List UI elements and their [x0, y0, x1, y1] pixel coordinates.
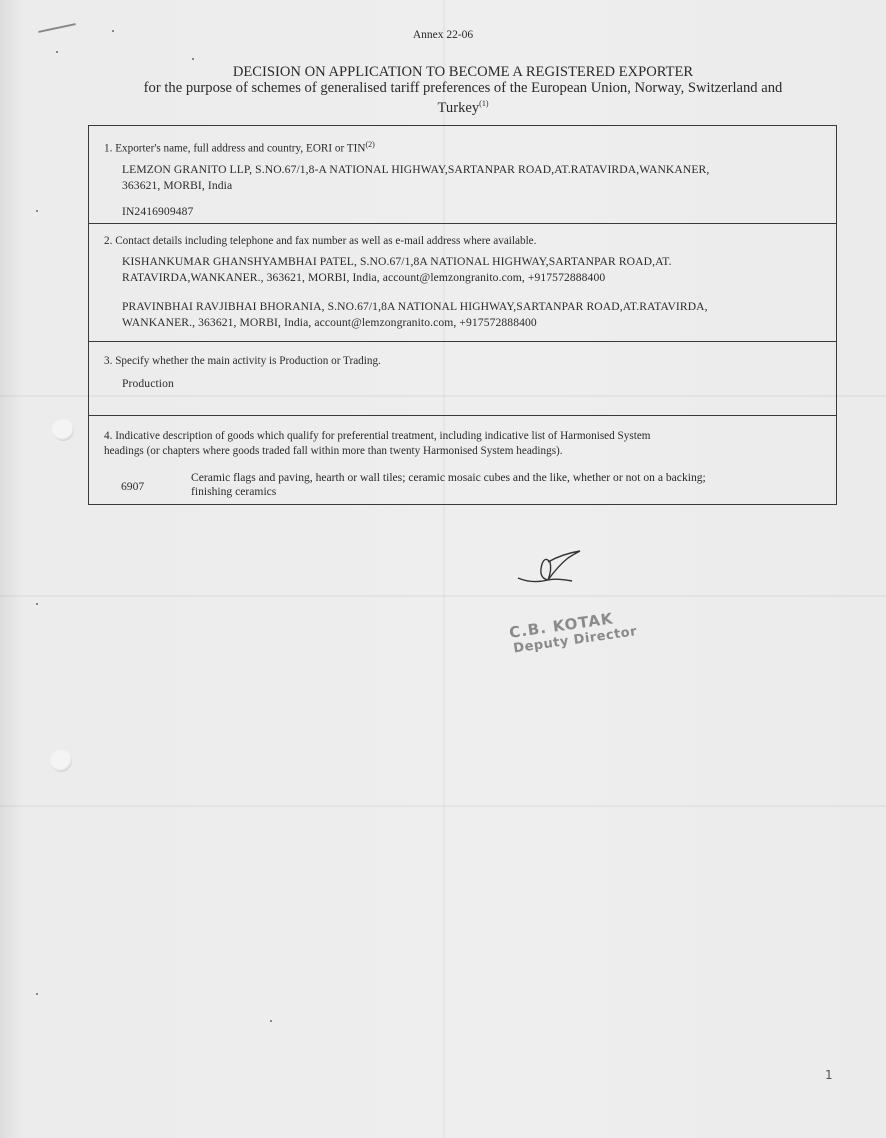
title-line-1: DECISION ON APPLICATION TO BECOME A REGI…: [60, 64, 866, 80]
annex-label: Annex 22-06: [0, 29, 886, 41]
title-line-3: Turkey(1): [60, 96, 866, 116]
signature: [512, 548, 592, 588]
page-number: 1: [825, 1068, 833, 1082]
contact-entry: KISHANKUMAR GHANSHYAMBHAI PATEL, S.NO.67…: [122, 254, 672, 286]
contact-entry: PRAVINBHAI RAVJIBHAI BHORANIA, S.NO.67/1…: [122, 299, 708, 331]
section-label: 2. Contact details including telephone a…: [104, 235, 536, 247]
section-contacts: 2. Contact details including telephone a…: [89, 223, 836, 342]
section-exporter: 1. Exporter's name, full address and cou…: [89, 126, 836, 224]
document-title: DECISION ON APPLICATION TO BECOME A REGI…: [60, 64, 866, 116]
section-goods: 4. Indicative description of goods which…: [89, 415, 836, 505]
punch-hole: [50, 750, 72, 772]
decision-form-box: 1. Exporter's name, full address and cou…: [88, 125, 837, 505]
speck: [36, 993, 38, 995]
hs-code: 6907: [121, 480, 144, 493]
exporter-address: LEMZON GRANITO LLP, S.NO.67/1,8-A NATION…: [122, 162, 709, 194]
goods-description: Ceramic flags and paving, hearth or wall…: [191, 471, 706, 499]
speck: [56, 51, 58, 53]
punch-hole: [52, 419, 74, 441]
section-activity: 3. Specify whether the main activity is …: [89, 341, 836, 416]
title-line-2: for the purpose of schemes of generalise…: [60, 80, 866, 96]
paper-fold: [0, 595, 886, 597]
speck: [36, 210, 38, 212]
section-label: 3. Specify whether the main activity is …: [104, 355, 381, 367]
speck: [192, 58, 194, 60]
official-stamp: C.B. KOTAK Deputy Director: [508, 606, 638, 656]
exporter-id: IN2416909487: [122, 204, 193, 220]
activity-value: Production: [122, 376, 174, 392]
speck: [36, 603, 38, 605]
paper-fold: [0, 805, 886, 807]
speck: [270, 1020, 272, 1022]
section-label: 1. Exporter's name, full address and cou…: [104, 140, 375, 155]
section-label: 4. Indicative description of goods which…: [104, 429, 651, 459]
